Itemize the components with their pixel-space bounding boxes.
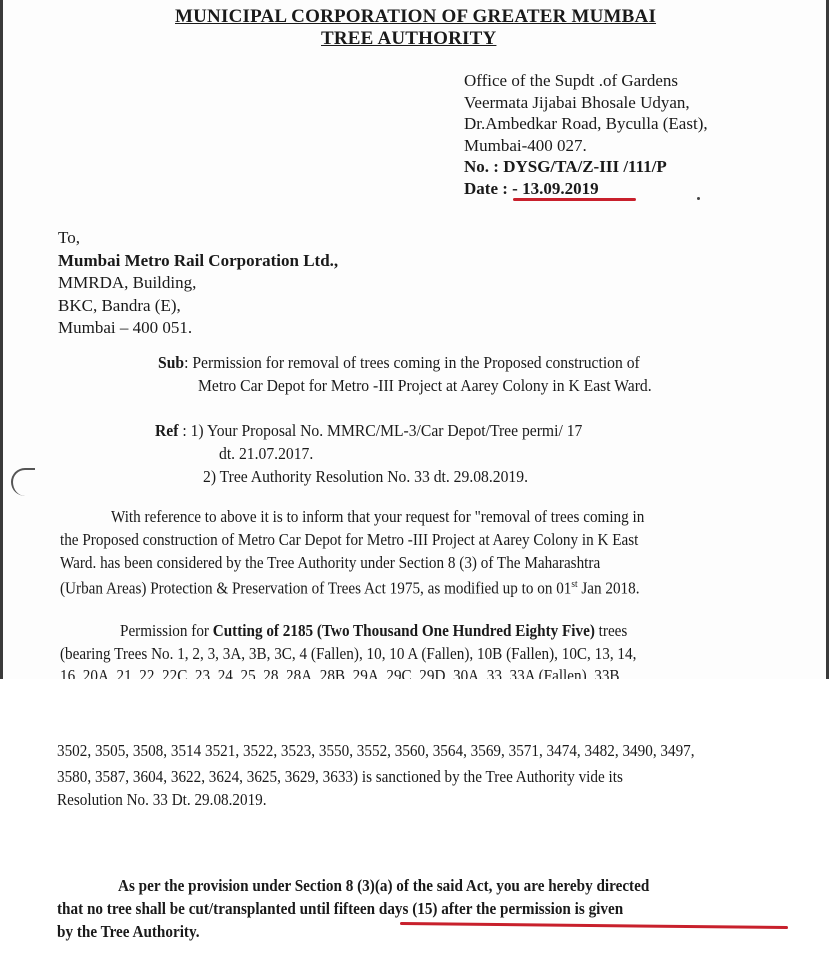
directive-line-2: that no tree shall be cut/transplanted u… [57, 898, 623, 920]
document-bottom-segment: 3502, 3505, 3508, 3514 3521, 3522, 3523,… [0, 679, 829, 971]
reference-line-1: Ref : 1) Your Proposal No. MMRC/ML-3/Car… [155, 420, 582, 442]
tree-list-cut-line: 3502, 3505, 3508, 3514 3521, 3522, 3523,… [57, 741, 695, 761]
directive-line-1: As per the provision under Section 8 (3)… [118, 875, 649, 897]
reference-line-2: dt. 21.07.2017. [219, 443, 313, 465]
page-curl-mark [11, 468, 35, 496]
date-value: - 13.09.2019 [512, 179, 598, 198]
permission-line-2: (bearing Trees No. 1, 2, 3, 3A, 3B, 3C, … [60, 643, 636, 665]
office-line: Office of the Supdt .of Gardens [464, 70, 708, 92]
paragraph1-line: (Urban Areas) Protection & Preservation … [60, 574, 640, 600]
office-line: Veermata Jijabai Bhosale Udyan, [464, 92, 708, 114]
directive-line-3: by the Tree Authority. [57, 921, 200, 943]
date-red-underline [513, 198, 636, 201]
recipient-line: BKC, Bandra (E), [58, 295, 338, 318]
document-top-segment: MUNICIPAL CORPORATION OF GREATER MUMBAI … [0, 0, 829, 679]
recipient-line: Mumbai – 400 051. [58, 317, 338, 340]
resolution-line: Resolution No. 33 Dt. 29.08.2019. [57, 789, 267, 811]
recipient-to: To, [58, 227, 338, 250]
recipient-name: Mumbai Metro Rail Corporation Ltd., [58, 250, 338, 273]
recipient-line: MMRDA, Building, [58, 272, 338, 295]
letter-date: Date : - 13.09.2019 [464, 178, 708, 200]
speck [697, 197, 700, 200]
subject-line-2: Metro Car Depot for Metro -III Project a… [198, 375, 652, 397]
fifteen-days-red-underline [400, 922, 788, 929]
paragraph1-line: Ward. has been considered by the Tree Au… [60, 552, 600, 574]
fifteen-days-highlight: fifteen days (15) after the permission i… [334, 899, 623, 918]
tree-count-highlight: Cutting of 2185 (Two Thousand One Hundre… [213, 621, 595, 640]
office-line: Mumbai-400 027. [464, 135, 708, 157]
permission-line-3-cut: 16, 20A, 21, 22, 22C, 23, 24, 25, 28, 28… [60, 666, 620, 679]
reference-line-3: 2) Tree Authority Resolution No. 33 dt. … [203, 466, 528, 488]
paragraph1-line: With reference to above it is to inform … [111, 506, 644, 528]
paragraph1-line: the Proposed construction of Metro Car D… [60, 529, 638, 551]
recipient-block: To, Mumbai Metro Rail Corporation Ltd., … [58, 227, 338, 340]
permission-line-1: Permission for Cutting of 2185 (Two Thou… [120, 620, 627, 642]
header-title: MUNICIPAL CORPORATION OF GREATER MUMBAI [175, 6, 656, 28]
office-line: Dr.Ambedkar Road, Byculla (East), [464, 113, 708, 135]
reference-number: No. : DYSG/TA/Z-III /111/P [464, 156, 708, 178]
header-subtitle: TREE AUTHORITY [321, 28, 496, 50]
tree-list-line: 3580, 3587, 3604, 3622, 3624, 3625, 3629… [57, 766, 623, 788]
subject-line-1: Sub: Permission for removal of trees com… [158, 352, 640, 374]
office-address: Office of the Supdt .of Gardens Veermata… [464, 70, 708, 199]
